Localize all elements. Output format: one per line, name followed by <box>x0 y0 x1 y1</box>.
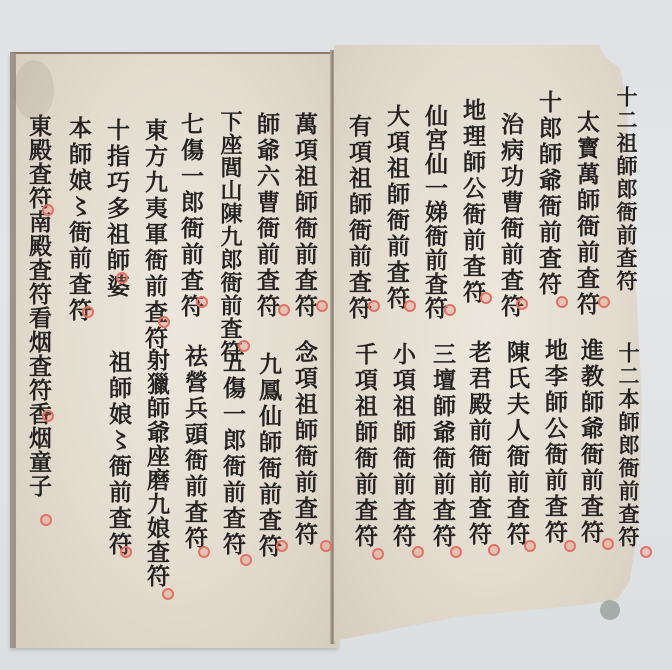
red-seal-dot <box>602 538 614 550</box>
red-seal-dot <box>524 540 536 552</box>
paper-damage <box>600 600 620 620</box>
red-seal-dot <box>42 410 54 422</box>
red-seal-dot <box>276 540 288 552</box>
red-seal-dot <box>412 546 424 558</box>
red-seal-dot <box>368 300 380 312</box>
red-seal-dot <box>640 546 652 558</box>
red-seal-dot <box>198 546 210 558</box>
text-column: 十二本師郎衙前査符 <box>614 342 642 549</box>
text-column: 師爺六曹衙前査符 <box>252 112 280 320</box>
red-seal-dot <box>238 340 250 352</box>
text-column: 下座閭山陳九郎衙前査符 <box>216 110 244 363</box>
red-seal-dot <box>480 292 492 304</box>
text-column: 五傷一郎衙前査符 <box>218 350 246 558</box>
red-seal-dot <box>598 296 610 308</box>
red-seal-dot <box>444 304 456 316</box>
text-column: 太寳萬師衙前査符 <box>572 110 600 318</box>
text-column: 老君殿前衙前査符 <box>464 340 492 548</box>
text-column: 三壇師爺衙前査符 <box>428 342 456 550</box>
red-seal-dot <box>564 540 576 552</box>
red-seal-dot <box>450 546 462 558</box>
text-column: 念項祖師衙前査符 <box>290 340 318 548</box>
text-column: 地李師公衙前査符 <box>540 338 568 546</box>
text-column: 本師娘〻衙前査符 <box>64 116 92 324</box>
red-seal-dot <box>488 544 500 556</box>
red-seal-dot <box>320 540 332 552</box>
manuscript-spread: 十二祖師郎衙前査符 太寳萬師衙前査符 十郎師爺衙前査符 治病功曹衙前査符 地理師… <box>0 0 672 670</box>
text-column: 射獵師爺座磨九娘査符 <box>142 348 170 588</box>
red-seal-dot <box>516 298 528 310</box>
red-seal-dot <box>158 316 170 328</box>
red-seal-dot <box>120 546 132 558</box>
text-column: 陳氏夫人衙前査符 <box>502 340 530 548</box>
text-column: 祛營兵頭衙前査符 <box>180 344 208 552</box>
red-seal-dot <box>372 548 384 560</box>
red-seal-dot <box>196 296 208 308</box>
red-seal-dot <box>404 300 416 312</box>
paper-stain <box>14 60 54 120</box>
text-column: 小項祖師衙前査符 <box>388 342 416 550</box>
text-column: 千項祖師衙前査符 <box>350 342 378 550</box>
text-column: 大項祖師衙前査符 <box>382 104 410 312</box>
text-column: 進教師爺衙前査符 <box>576 338 604 546</box>
text-column: 地理師公衙前査符 <box>458 98 486 306</box>
red-seal-dot <box>82 306 94 318</box>
text-column: 七傷一郎衙前査符 <box>176 112 204 320</box>
text-column: 有項祖師衙前査符 <box>344 114 372 322</box>
red-seal-dot <box>40 514 52 526</box>
text-column: 祖師娘〻衙前査符 <box>104 350 132 558</box>
text-column: 仙宮仙一娣衙前査符 <box>420 104 448 320</box>
text-column: 九鳳仙師衙前査符 <box>254 352 282 560</box>
red-seal-dot <box>278 304 290 316</box>
left-page <box>10 52 338 648</box>
text-column: 東殿査符南殿査符看烟査符香烟童子 <box>24 114 52 498</box>
red-seal-dot <box>240 554 252 566</box>
red-seal-dot <box>556 296 568 308</box>
red-seal-dot <box>316 300 328 312</box>
text-column: 萬項祖師衙前査符 <box>290 112 318 320</box>
text-column: 治病功曹衙前査符 <box>496 112 524 320</box>
red-seal-dot <box>42 204 54 216</box>
text-column: 十郎師爺衙前査符 <box>534 90 562 298</box>
red-seal-dot <box>162 588 174 600</box>
text-column: 十二祖師郎衙前査符 <box>612 86 640 293</box>
red-seal-dot <box>116 272 128 284</box>
